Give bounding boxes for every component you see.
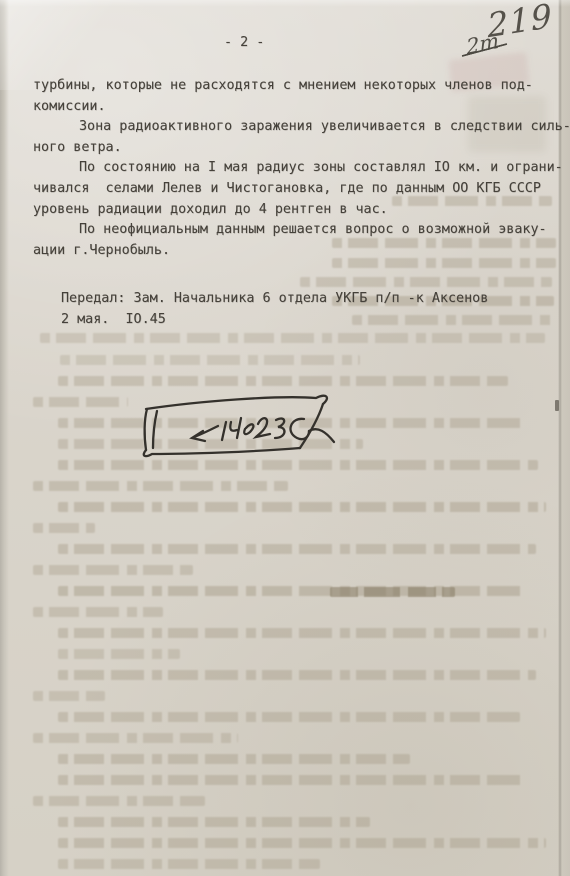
bleedthrough-line (58, 502, 546, 512)
bleedthrough-line (33, 607, 163, 617)
typed-line: Зона радиоактивного заражения увеличивае… (33, 117, 557, 138)
bleedthrough-line (58, 586, 526, 596)
bleedthrough-line (33, 523, 95, 533)
typed-line: Передал: Зам. Начальника 6 отдела УКГБ п… (61, 288, 541, 309)
document-page: - 2 - 219 2т турбины, которые не расходя… (0, 0, 570, 876)
typed-line: чивался селами Лелев и Чистогановка, где… (33, 179, 557, 200)
margin-tick (555, 400, 559, 411)
bleedthrough-line (33, 796, 205, 806)
document-body: турбины, которые не расходятся с мнением… (33, 76, 557, 261)
bleedthrough-line (33, 733, 238, 743)
bleedthrough-line (33, 691, 105, 701)
paper-edge-left (0, 0, 9, 876)
bleedthrough-line (330, 587, 455, 597)
bleedthrough-line (40, 333, 545, 343)
typed-line: По состоянию на I мая радиус зоны состав… (33, 158, 557, 179)
bleedthrough-line (58, 838, 546, 848)
bleedthrough-line (33, 397, 128, 407)
bleedthrough-line (58, 817, 370, 827)
bleedthrough-line (58, 775, 528, 785)
bleedthrough-line (58, 754, 410, 764)
typed-line: турбины, которые не расходятся с мнением… (33, 76, 557, 97)
transmittal-block: Передал: Зам. Начальника 6 отдела УКГБ п… (61, 288, 541, 330)
typed-line: 2 мая. IO.45 (61, 309, 541, 330)
bleedthrough-line (58, 670, 536, 680)
bleedthrough-line (300, 277, 552, 287)
typed-line: ного ветра. (33, 138, 557, 159)
typed-line: По неофициальным данным решается вопрос … (33, 220, 557, 241)
bleedthrough-line (33, 565, 193, 575)
bleedthrough-line (58, 544, 536, 554)
bleedthrough-line (58, 628, 546, 638)
bleedthrough-line (60, 355, 360, 365)
page-number: - 2 - (224, 33, 264, 54)
bleedthrough-line (58, 712, 520, 722)
typed-line: уровень радиации доходил до 4 рентген в … (33, 200, 557, 221)
bleedthrough-line (33, 481, 288, 491)
bleedthrough-line (58, 649, 180, 659)
handwritten-signature (130, 388, 350, 463)
bleedthrough-line (58, 859, 320, 869)
typed-line: комиссии. (33, 97, 557, 118)
typed-line: ации г.Чернобыль. (33, 241, 557, 262)
bleedthrough-line (58, 376, 508, 386)
